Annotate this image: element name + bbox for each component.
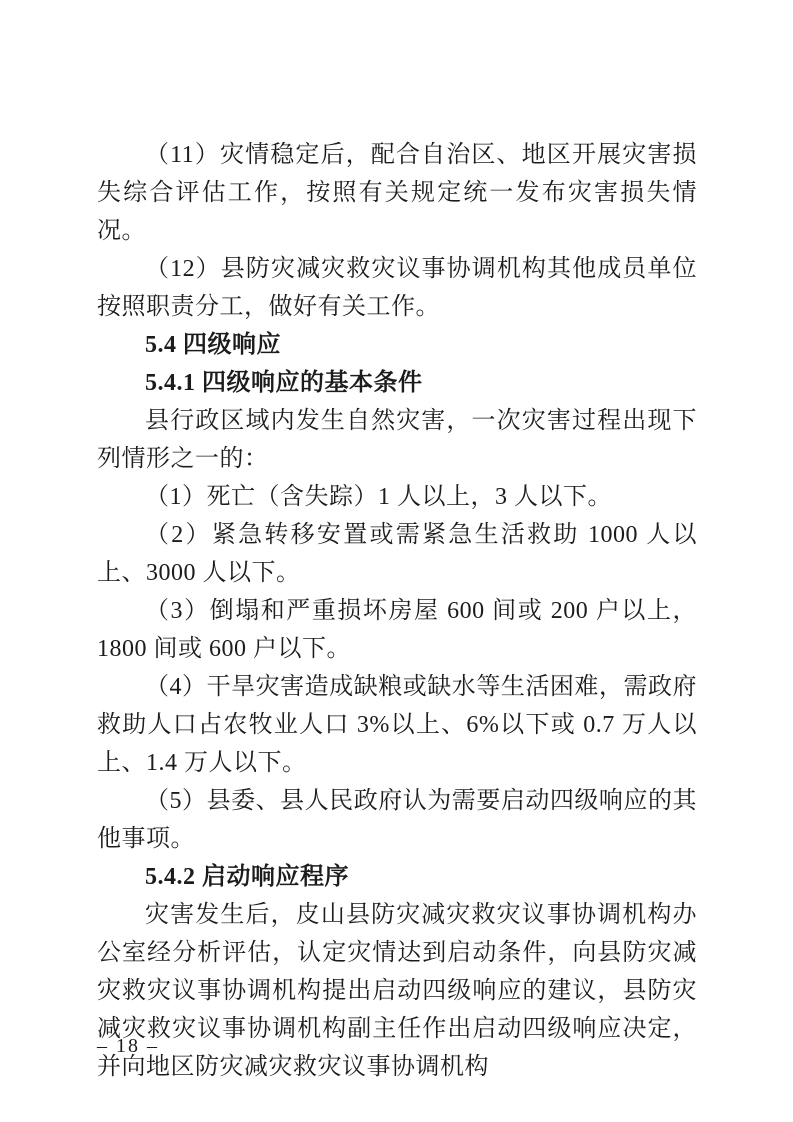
paragraph-basic-conditions-intro: 县行政区域内发生自然灾害，一次灾害过程出现下列情形之一的： xyxy=(97,402,697,478)
paragraph-11-disaster-assessment: （11）灾情稳定后，配合自治区、地区开展灾害损失综合评估工作，按照有关规定统一发… xyxy=(97,136,697,250)
condition-item-1-deaths: （1）死亡（含失踪）1 人以上，3 人以下。 xyxy=(97,478,697,516)
condition-item-2-relocation: （2）紧急转移安置或需紧急生活救助 1000 人以上、3000 人以下。 xyxy=(97,516,697,592)
section-heading-5-4-1: 5.4.1 四级响应的基本条件 xyxy=(97,364,697,402)
section-heading-5-4-2: 5.4.2 启动响应程序 xyxy=(97,858,697,896)
page-number: – 18 – xyxy=(97,1032,159,1060)
document-page: （11）灾情稳定后，配合自治区、地区开展灾害损失综合评估工作，按照有关规定统一发… xyxy=(0,0,793,1122)
paragraph-response-procedure: 灾害发生后，皮山县防灾减灾救灾议事协调机构办公室经分析评估，认定灾情达到启动条件… xyxy=(97,896,697,1086)
document-body: （11）灾情稳定后，配合自治区、地区开展灾害损失综合评估工作，按照有关规定统一发… xyxy=(97,136,697,1086)
condition-item-5-other-matters: （5）县委、县人民政府认为需要启动四级响应的其他事项。 xyxy=(97,782,697,858)
condition-item-4-drought: （4）干旱灾害造成缺粮或缺水等生活困难，需政府救助人口占农牧业人口 3%以上、6… xyxy=(97,668,697,782)
condition-item-3-housing-damage: （3）倒塌和严重损坏房屋 600 间或 200 户以上，1800 间或 600 … xyxy=(97,592,697,668)
section-heading-5-4: 5.4 四级响应 xyxy=(97,326,697,364)
paragraph-12-other-member-units: （12）县防灾减灾救灾议事协调机构其他成员单位按照职责分工，做好有关工作。 xyxy=(97,250,697,326)
